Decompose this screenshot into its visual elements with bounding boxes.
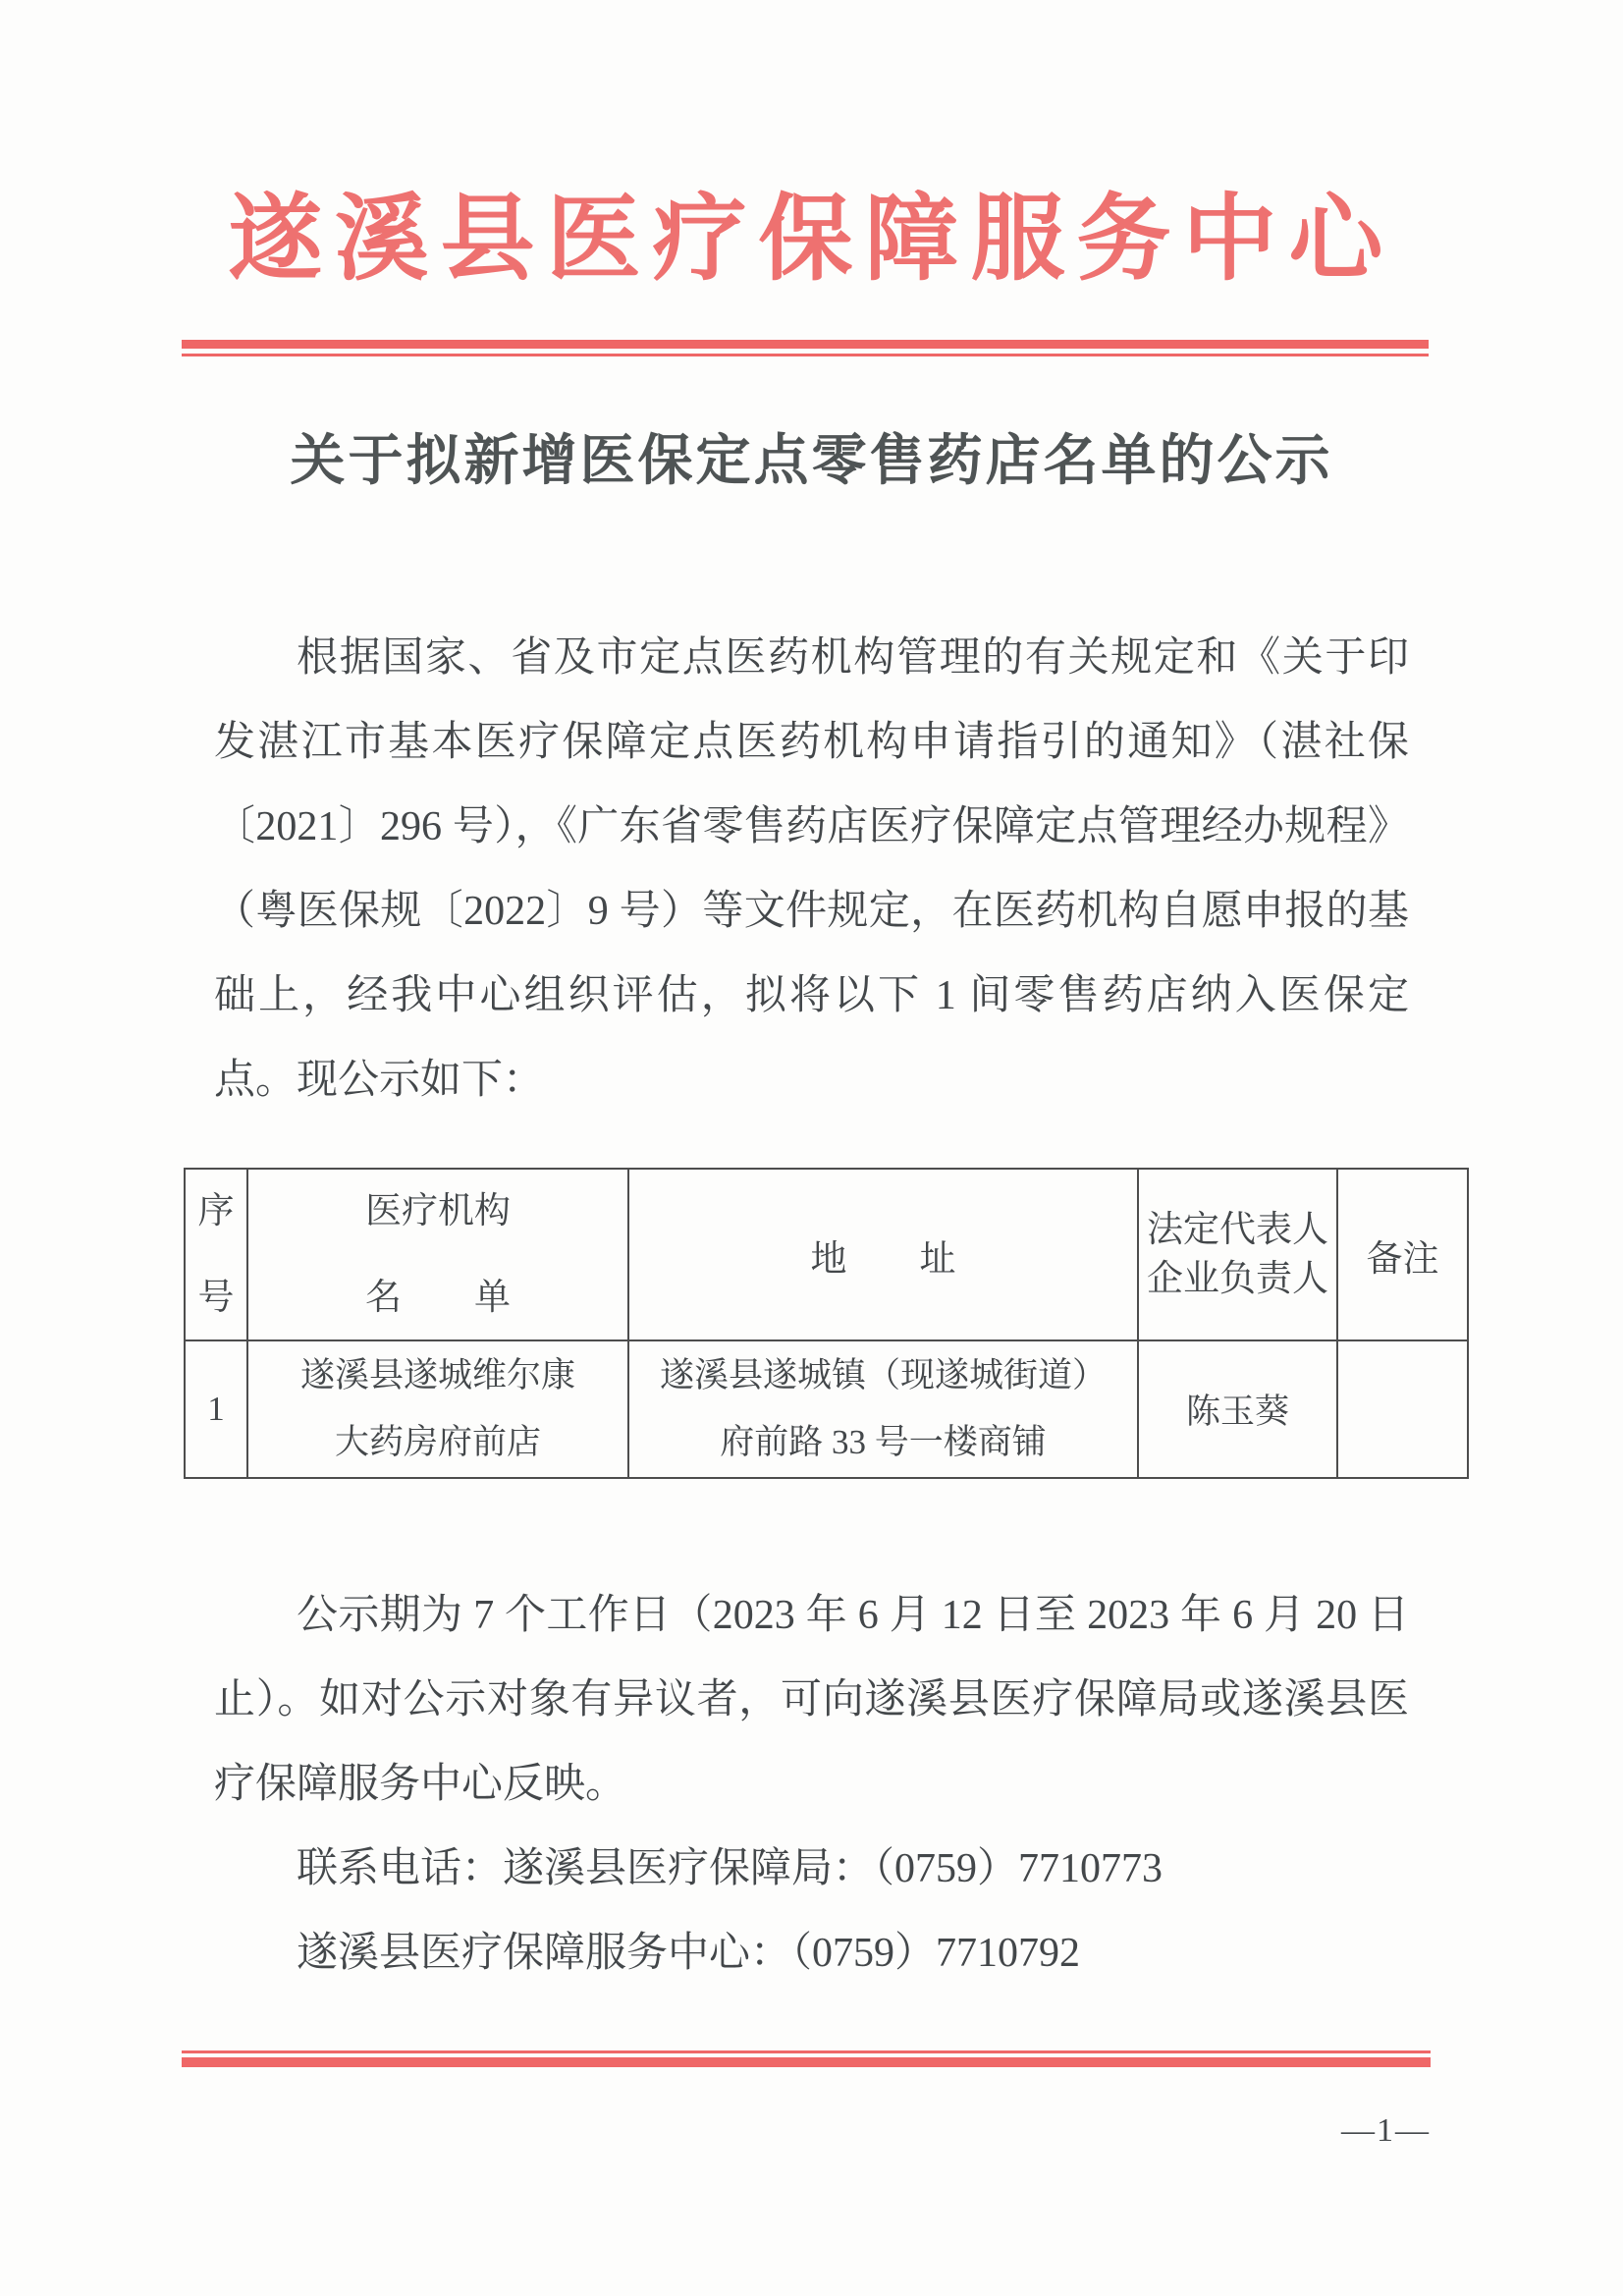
table-header-row: 序 号 医疗机构 名 单 地 址 法定代表人 企业负责人 备注 xyxy=(185,1169,1468,1340)
notice-title: 关于拟新增医保定点零售药店名单的公示 xyxy=(0,421,1623,502)
cell-serial: 1 xyxy=(185,1340,247,1478)
header-serial-line2: 号 xyxy=(186,1278,246,1319)
contact-phone-line-2: 遂溪县医疗保障服务中心：（0759）7710792 xyxy=(214,1911,1409,1995)
header-serial: 序 号 xyxy=(185,1169,247,1340)
cell-address-line2: 府前路 33 号一楼商铺 xyxy=(629,1423,1137,1462)
letterhead-title: 遂溪县医疗保障服务中心 xyxy=(0,0,1623,291)
header-institution-line1: 医疗机构 xyxy=(248,1191,627,1232)
contact-phone-line-1: 联系电话：遂溪县医疗保障局：（0759）7710773 xyxy=(214,1827,1409,1911)
header-note: 备注 xyxy=(1337,1169,1468,1340)
cell-institution-line2: 大药房府前店 xyxy=(248,1423,627,1462)
footer-double-rule xyxy=(182,2050,1431,2067)
header-legal-line1: 法定代表人 xyxy=(1139,1206,1336,1255)
page-number: —1— xyxy=(1341,2111,1431,2151)
cell-note xyxy=(1337,1340,1468,1478)
pharmacy-table: 序 号 医疗机构 名 单 地 址 法定代表人 企业负责人 备注 1 遂溪 xyxy=(184,1168,1469,1479)
letterhead-double-rule xyxy=(182,340,1429,356)
table-row: 1 遂溪县遂城维尔康 大药房府前店 遂溪县遂城镇（现遂城街道） 府前路 33 号… xyxy=(185,1340,1468,1478)
cell-address-line1: 遂溪县遂城镇（现遂城街道） xyxy=(629,1356,1137,1395)
cell-institution-name: 遂溪县遂城维尔康 大药房府前店 xyxy=(247,1340,628,1478)
header-institution-line2: 名 单 xyxy=(248,1278,627,1319)
header-legal-representative: 法定代表人 企业负责人 xyxy=(1138,1169,1337,1340)
intro-paragraph: 根据国家、省及市定点医药机构管理的有关规定和《关于印发湛江市基本医疗保障定点医药… xyxy=(214,616,1409,1122)
header-institution-name: 医疗机构 名 单 xyxy=(247,1169,628,1340)
cell-address: 遂溪县遂城镇（现遂城街道） 府前路 33 号一楼商铺 xyxy=(628,1340,1138,1478)
cell-institution-line1: 遂溪县遂城维尔康 xyxy=(248,1356,627,1395)
header-legal-line2: 企业负责人 xyxy=(1139,1255,1336,1304)
header-address: 地 址 xyxy=(628,1169,1138,1340)
document-page: 遂溪县医疗保障服务中心 关于拟新增医保定点零售药店名单的公示 根据国家、省及市定… xyxy=(0,0,1623,2296)
cell-legal-representative: 陈玉葵 xyxy=(1138,1340,1337,1478)
publicity-period-paragraph: 公示期为 7 个工作日（2023 年 6 月 12 日至 2023 年 6 月 … xyxy=(214,1573,1409,1827)
header-serial-line1: 序 xyxy=(186,1191,246,1232)
